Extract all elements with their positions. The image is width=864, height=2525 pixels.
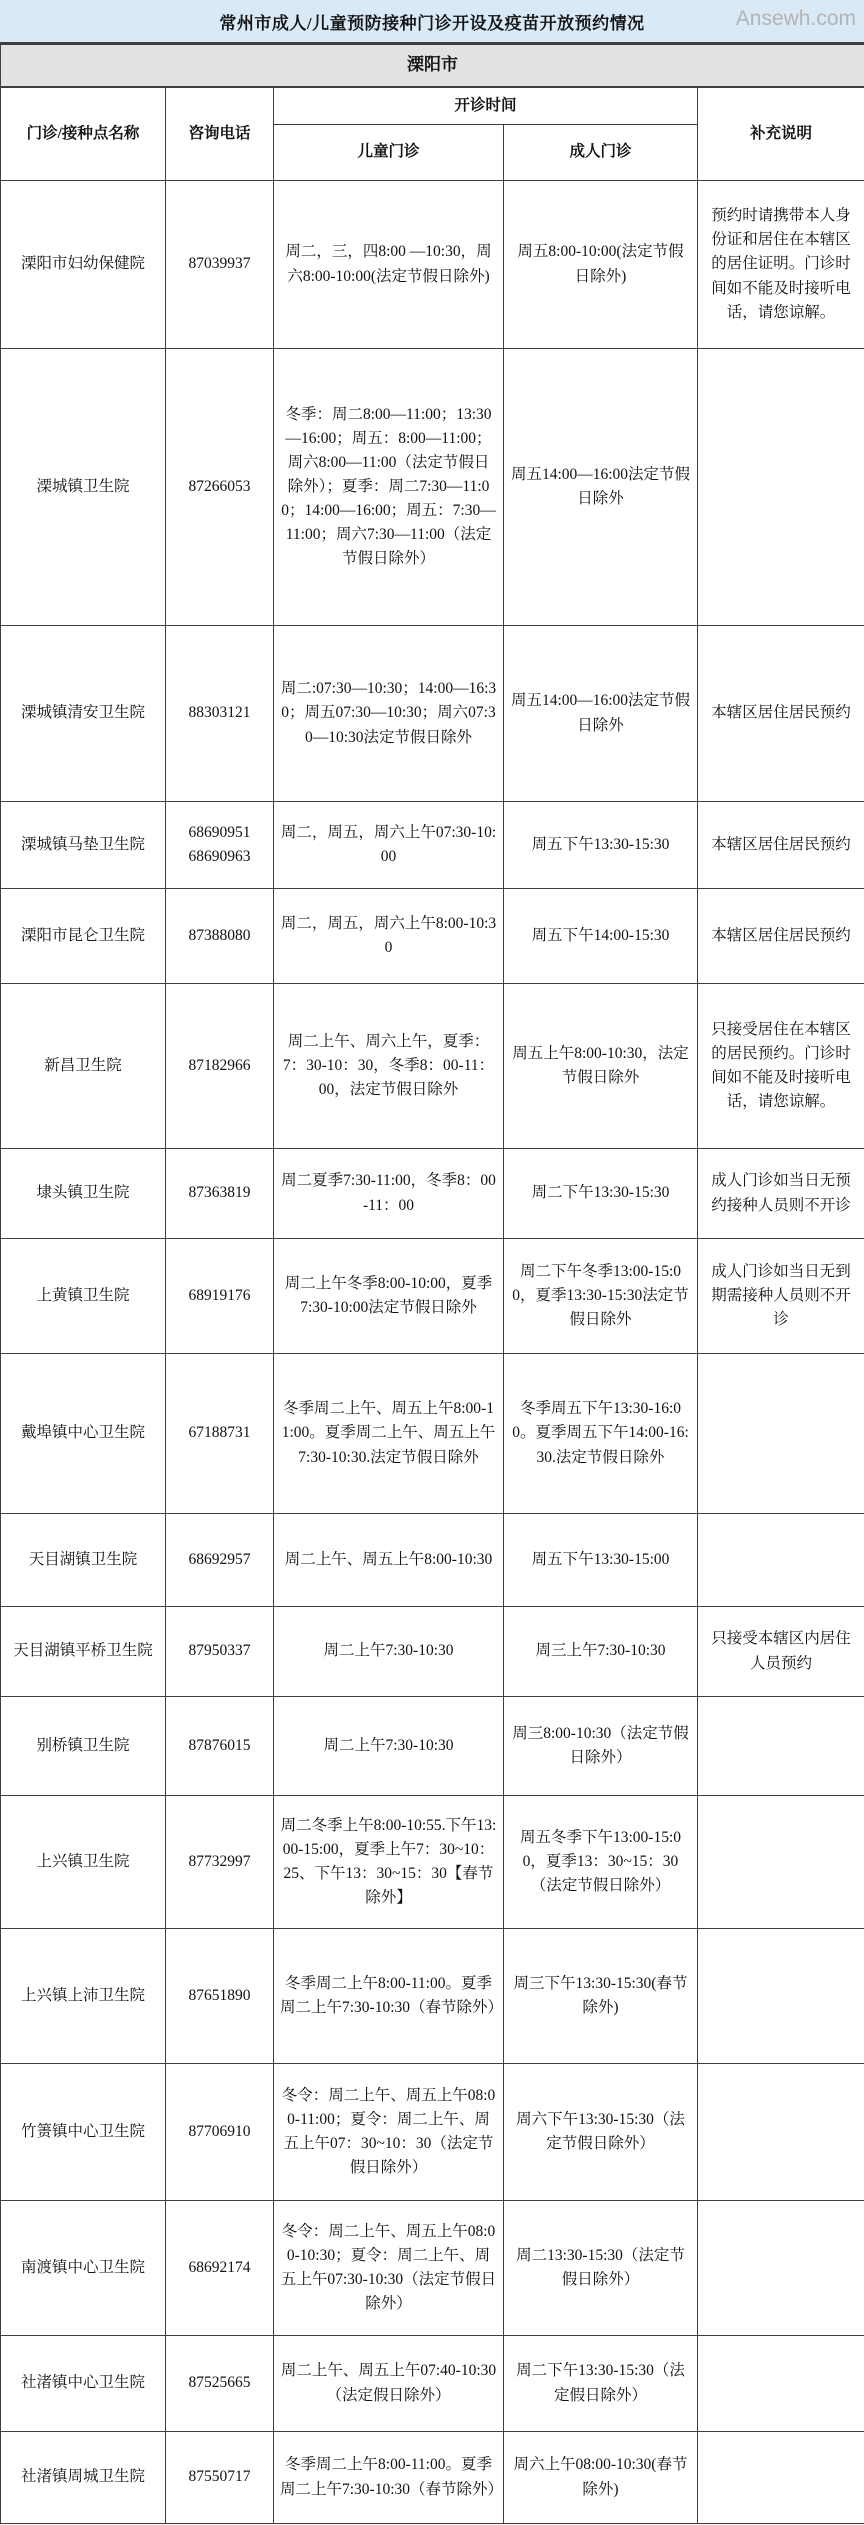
child-clinic-hours: 周二上午、周五上午8:00-10:30	[274, 1514, 504, 1607]
adult-clinic-hours: 周三8:00-10:30（法定节假日除外）	[504, 1697, 698, 1796]
clinic-row: 溧城镇清安卫生院 88303121 周二:07:30—10:30；14:00—1…	[1, 626, 864, 802]
adult-clinic-hours: 周三上午7:30-10:30	[504, 1607, 698, 1697]
clinic-name: 社渚镇周城卫生院	[1, 2432, 166, 2524]
clinic-phone: 88303121	[166, 626, 274, 802]
adult-clinic-hours: 周五下午14:00-15:30	[504, 889, 698, 984]
adult-clinic-hours: 周二下午13:30-15:30（法定假日除外）	[504, 2336, 698, 2432]
clinic-name: 上兴镇上沛卫生院	[1, 1929, 166, 2064]
clinic-phone: 87876015	[166, 1697, 274, 1796]
clinic-phone: 87651890	[166, 1929, 274, 2064]
clinic-note	[698, 2064, 864, 2201]
child-clinic-hours: 冬季周二上午、周五上午8:00-11:00。夏季周二上午、周五上午7:30-10…	[274, 1354, 504, 1514]
child-clinic-hours: 冬季周二上午8:00-11:00。夏季周二上午7:30-10:30（春节除外）	[274, 1929, 504, 2064]
adult-clinic-hours: 冬季周五下午13:30-16:00。夏季周五下午14:00-16:30.法定节假…	[504, 1354, 698, 1514]
clinic-name: 上兴镇卫生院	[1, 1796, 166, 1929]
clinic-note: 只接受居住在本辖区的居民预约。门诊时间如不能及时接听电话，请您谅解。	[698, 984, 864, 1149]
adult-clinic-hours: 周二下午13:30-15:30	[504, 1149, 698, 1239]
clinic-name: 溧城镇卫生院	[1, 349, 166, 626]
adult-clinic-hours: 周五冬季下午13:00-15:00，夏季13：30~15：30（法定节假日除外）	[504, 1796, 698, 1929]
col-header-notes: 补充说明	[698, 87, 864, 181]
child-clinic-hours: 周二上午7:30-10:30	[274, 1697, 504, 1796]
page-title: 常州市成人/儿童预防接种门诊开设及疫苗开放预约情况	[219, 9, 644, 34]
adult-clinic-hours: 周五下午13:30-15:30	[504, 802, 698, 889]
clinic-phone: 68919176	[166, 1239, 274, 1354]
clinic-name: 社渚镇中心卫生院	[1, 2336, 166, 2432]
col-header-phone: 咨询电话	[166, 87, 274, 181]
child-clinic-hours: 冬令：周二上午、周五上午08:00-10:30；夏令：周二上午、周五上午07:3…	[274, 2201, 504, 2336]
clinic-note	[698, 1796, 864, 1929]
city-section-row: 溧阳市	[1, 45, 864, 87]
clinic-name: 别桥镇卫生院	[1, 1697, 166, 1796]
clinic-name: 埭头镇卫生院	[1, 1149, 166, 1239]
clinic-name: 南渡镇中心卫生院	[1, 2201, 166, 2336]
clinic-note	[698, 1354, 864, 1514]
clinic-phone: 68692957	[166, 1514, 274, 1607]
child-clinic-hours: 周二夏季7:30-11:00，冬季8：00-11：00	[274, 1149, 504, 1239]
child-clinic-hours: 周二上午、周五上午07:40-10:30（法定假日除外）	[274, 2336, 504, 2432]
col-header-clinic-name: 门诊/接种点名称	[1, 87, 166, 181]
clinic-row: 上黄镇卫生院 68919176 周二上午冬季8:00-10:00，夏季7:30-…	[1, 1239, 864, 1354]
clinic-row: 溧阳市昆仑卫生院 87388080 周二，周五，周六上午8:00-10:30 周…	[1, 889, 864, 984]
clinic-row: 上兴镇上沛卫生院 87651890 冬季周二上午8:00-11:00。夏季周二上…	[1, 1929, 864, 2064]
clinic-note: 本辖区居住居民预约	[698, 889, 864, 984]
adult-clinic-hours: 周五14:00—16:00法定节假日除外	[504, 626, 698, 802]
adult-clinic-hours: 周五下午13:30-15:00	[504, 1514, 698, 1607]
clinic-row: 南渡镇中心卫生院 68692174 冬令：周二上午、周五上午08:00-10:3…	[1, 2201, 864, 2336]
clinic-phone: 87266053	[166, 349, 274, 626]
clinic-phone: 68692174	[166, 2201, 274, 2336]
child-clinic-hours: 周二冬季上午8:00-10:55.下午13:00-15:00，夏季上午7：30~…	[274, 1796, 504, 1929]
adult-clinic-hours: 周三下午13:30-15:30(春节除外)	[504, 1929, 698, 2064]
vaccination-schedule-page: 常州市成人/儿童预防接种门诊开设及疫苗开放预约情况 Ansewh.com 溧阳市…	[0, 0, 864, 2524]
clinic-row: 溧阳市妇幼保健院 87039937 周二，三，四8:00 —10:30，周六8:…	[1, 181, 864, 349]
clinic-row: 别桥镇卫生院 87876015 周二上午7:30-10:30 周三8:00-10…	[1, 1697, 864, 1796]
clinic-schedule-table: 溧阳市 门诊/接种点名称 咨询电话 开诊时间 补充说明 儿童门诊 成人门诊 溧阳…	[0, 44, 864, 2524]
table-header-row-top: 门诊/接种点名称 咨询电话 开诊时间 补充说明	[1, 87, 864, 125]
clinic-name: 竹箦镇中心卫生院	[1, 2064, 166, 2201]
clinic-phone: 87706910	[166, 2064, 274, 2201]
clinic-row: 天目湖镇平桥卫生院 87950337 周二上午7:30-10:30 周三上午7:…	[1, 1607, 864, 1697]
clinic-phone: 87363819	[166, 1149, 274, 1239]
clinic-row: 埭头镇卫生院 87363819 周二夏季7:30-11:00，冬季8：00-11…	[1, 1149, 864, 1239]
clinic-phone: 87950337	[166, 1607, 274, 1697]
clinic-note: 本辖区居住居民预约	[698, 802, 864, 889]
clinic-row: 竹箦镇中心卫生院 87706910 冬令：周二上午、周五上午08:00-11:0…	[1, 2064, 864, 2201]
clinic-phone: 87388080	[166, 889, 274, 984]
child-clinic-hours: 冬季周二上午8:00-11:00。夏季周二上午7:30-10:30（春节除外）	[274, 2432, 504, 2524]
clinic-name: 上黄镇卫生院	[1, 1239, 166, 1354]
clinic-note: 成人门诊如当日无预约接种人员则不开诊	[698, 1149, 864, 1239]
city-section-header: 溧阳市	[1, 45, 864, 87]
clinic-note	[698, 349, 864, 626]
clinic-note	[698, 2201, 864, 2336]
child-clinic-hours: 周二上午冬季8:00-10:00，夏季7:30-10:00法定节假日除外	[274, 1239, 504, 1354]
clinic-phone: 87525665	[166, 2336, 274, 2432]
clinic-phone: 68690951 68690963	[166, 802, 274, 889]
clinic-phone: 87550717	[166, 2432, 274, 2524]
clinic-phone: 67188731	[166, 1354, 274, 1514]
clinic-note: 成人门诊如当日无到期需接种人员则不开诊	[698, 1239, 864, 1354]
clinic-note: 本辖区居住居民预约	[698, 626, 864, 802]
clinic-phone: 87182966	[166, 984, 274, 1149]
child-clinic-hours: 周二，三，四8:00 —10:30，周六8:00-10:00(法定节假日除外)	[274, 181, 504, 349]
child-clinic-hours: 周二上午、周六上午，夏季：7：30-10：30，冬季8：00-11：00，法定节…	[274, 984, 504, 1149]
clinic-row: 社渚镇中心卫生院 87525665 周二上午、周五上午07:40-10:30（法…	[1, 2336, 864, 2432]
clinic-note: 预约时请携带本人身份证和居住在本辖区的居住证明。门诊时间如不能及时接听电话，请您…	[698, 181, 864, 349]
child-clinic-hours: 冬令：周二上午、周五上午08:00-11:00；夏令：周二上午、周五上午07：3…	[274, 2064, 504, 2201]
adult-clinic-hours: 周五上午8:00-10:30，法定节假日除外	[504, 984, 698, 1149]
clinic-row: 戴埠镇中心卫生院 67188731 冬季周二上午、周五上午8:00-11:00。…	[1, 1354, 864, 1514]
clinic-row: 溧城镇马垫卫生院 68690951 68690963 周二，周五，周六上午07:…	[1, 802, 864, 889]
adult-clinic-hours: 周六下午13:30-15:30（法定节假日除外）	[504, 2064, 698, 2201]
clinic-row: 天目湖镇卫生院 68692957 周二上午、周五上午8:00-10:30 周五下…	[1, 1514, 864, 1607]
col-header-adult-clinic: 成人门诊	[504, 125, 698, 181]
adult-clinic-hours: 周五8:00-10:00(法定节假日除外)	[504, 181, 698, 349]
clinic-name: 天目湖镇卫生院	[1, 1514, 166, 1607]
clinic-note	[698, 2336, 864, 2432]
clinic-note	[698, 1514, 864, 1607]
child-clinic-hours: 冬季：周二8:00—11:00；13:30—16:00；周五：8:00—11:0…	[274, 349, 504, 626]
clinic-rows: 溧阳市妇幼保健院 87039937 周二，三，四8:00 —10:30，周六8:…	[1, 181, 864, 2524]
clinic-phone: 87732997	[166, 1796, 274, 1929]
child-clinic-hours: 周二上午7:30-10:30	[274, 1607, 504, 1697]
clinic-phone: 87039937	[166, 181, 274, 349]
clinic-name: 溧城镇马垫卫生院	[1, 802, 166, 889]
col-header-child-clinic: 儿童门诊	[274, 125, 504, 181]
adult-clinic-hours: 周二下午冬季13:00-15:00，夏季13:30-15:30法定节假日除外	[504, 1239, 698, 1354]
clinic-note	[698, 1929, 864, 2064]
child-clinic-hours: 周二，周五，周六上午8:00-10:30	[274, 889, 504, 984]
adult-clinic-hours: 周六上午08:00-10:30(春节除外)	[504, 2432, 698, 2524]
watermark-text: Ansewh.com	[736, 7, 856, 31]
page-title-bar: 常州市成人/儿童预防接种门诊开设及疫苗开放预约情况 Ansewh.com	[0, 0, 864, 44]
adult-clinic-hours: 周五14:00—16:00法定节假日除外	[504, 349, 698, 626]
clinic-row: 社渚镇周城卫生院 87550717 冬季周二上午8:00-11:00。夏季周二上…	[1, 2432, 864, 2524]
clinic-name: 溧阳市昆仑卫生院	[1, 889, 166, 984]
child-clinic-hours: 周二:07:30—10:30；14:00—16:30；周五07:30—10:30…	[274, 626, 504, 802]
clinic-row: 溧城镇卫生院 87266053 冬季：周二8:00—11:00；13:30—16…	[1, 349, 864, 626]
col-header-opening-hours: 开诊时间	[274, 87, 698, 125]
clinic-name: 天目湖镇平桥卫生院	[1, 1607, 166, 1697]
clinic-name: 新昌卫生院	[1, 984, 166, 1149]
clinic-row: 新昌卫生院 87182966 周二上午、周六上午，夏季：7：30-10：30，冬…	[1, 984, 864, 1149]
clinic-name: 溧城镇清安卫生院	[1, 626, 166, 802]
clinic-name: 溧阳市妇幼保健院	[1, 181, 166, 349]
clinic-note: 只接受本辖区内居住人员预约	[698, 1607, 864, 1697]
clinic-row: 上兴镇卫生院 87732997 周二冬季上午8:00-10:55.下午13:00…	[1, 1796, 864, 1929]
clinic-name: 戴埠镇中心卫生院	[1, 1354, 166, 1514]
clinic-note	[698, 2432, 864, 2524]
adult-clinic-hours: 周二13:30-15:30（法定节假日除外）	[504, 2201, 698, 2336]
clinic-note	[698, 1697, 864, 1796]
child-clinic-hours: 周二，周五，周六上午07:30-10:00	[274, 802, 504, 889]
